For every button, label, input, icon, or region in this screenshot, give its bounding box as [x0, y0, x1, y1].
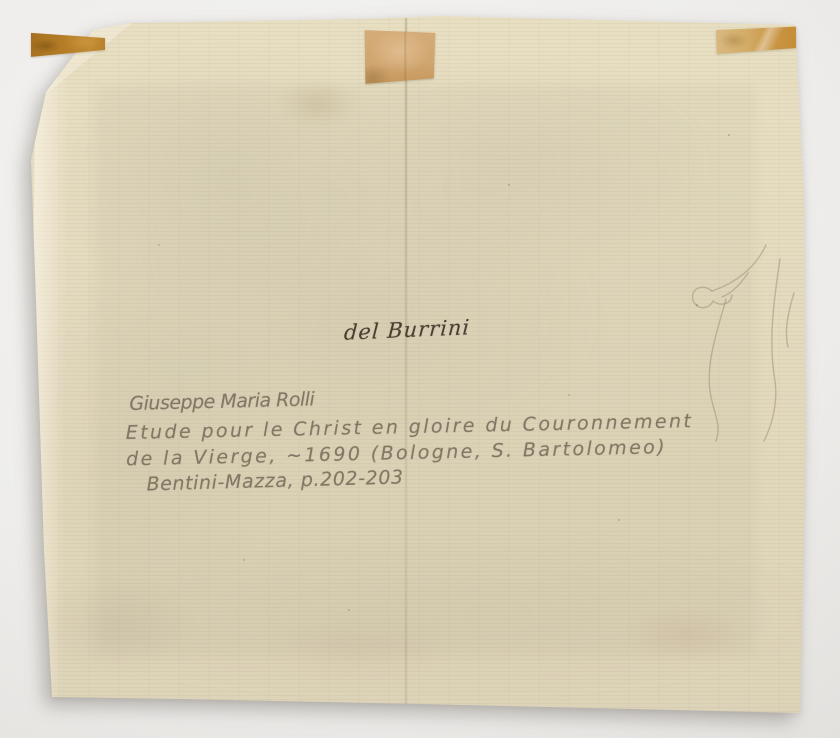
tape-fragment-top-left-wrap: [31, 31, 105, 58]
paper-edge-vignette: [28, 14, 808, 716]
tape-fragment-top-right: [716, 26, 796, 55]
tape-fragment-top-center: [364, 29, 436, 85]
tape-fragment-top-left: [31, 31, 105, 58]
paper-specks: [28, 14, 30, 16]
photo-backdrop: del Burrini Giuseppe Maria Rolli Etude p…: [0, 0, 840, 738]
tape-fragment-top-right-wrap: [716, 26, 796, 55]
tape-fragment-top-center-wrap: [364, 29, 436, 85]
paper-sheet-verso: del Burrini Giuseppe Maria Rolli Etude p…: [28, 14, 808, 716]
